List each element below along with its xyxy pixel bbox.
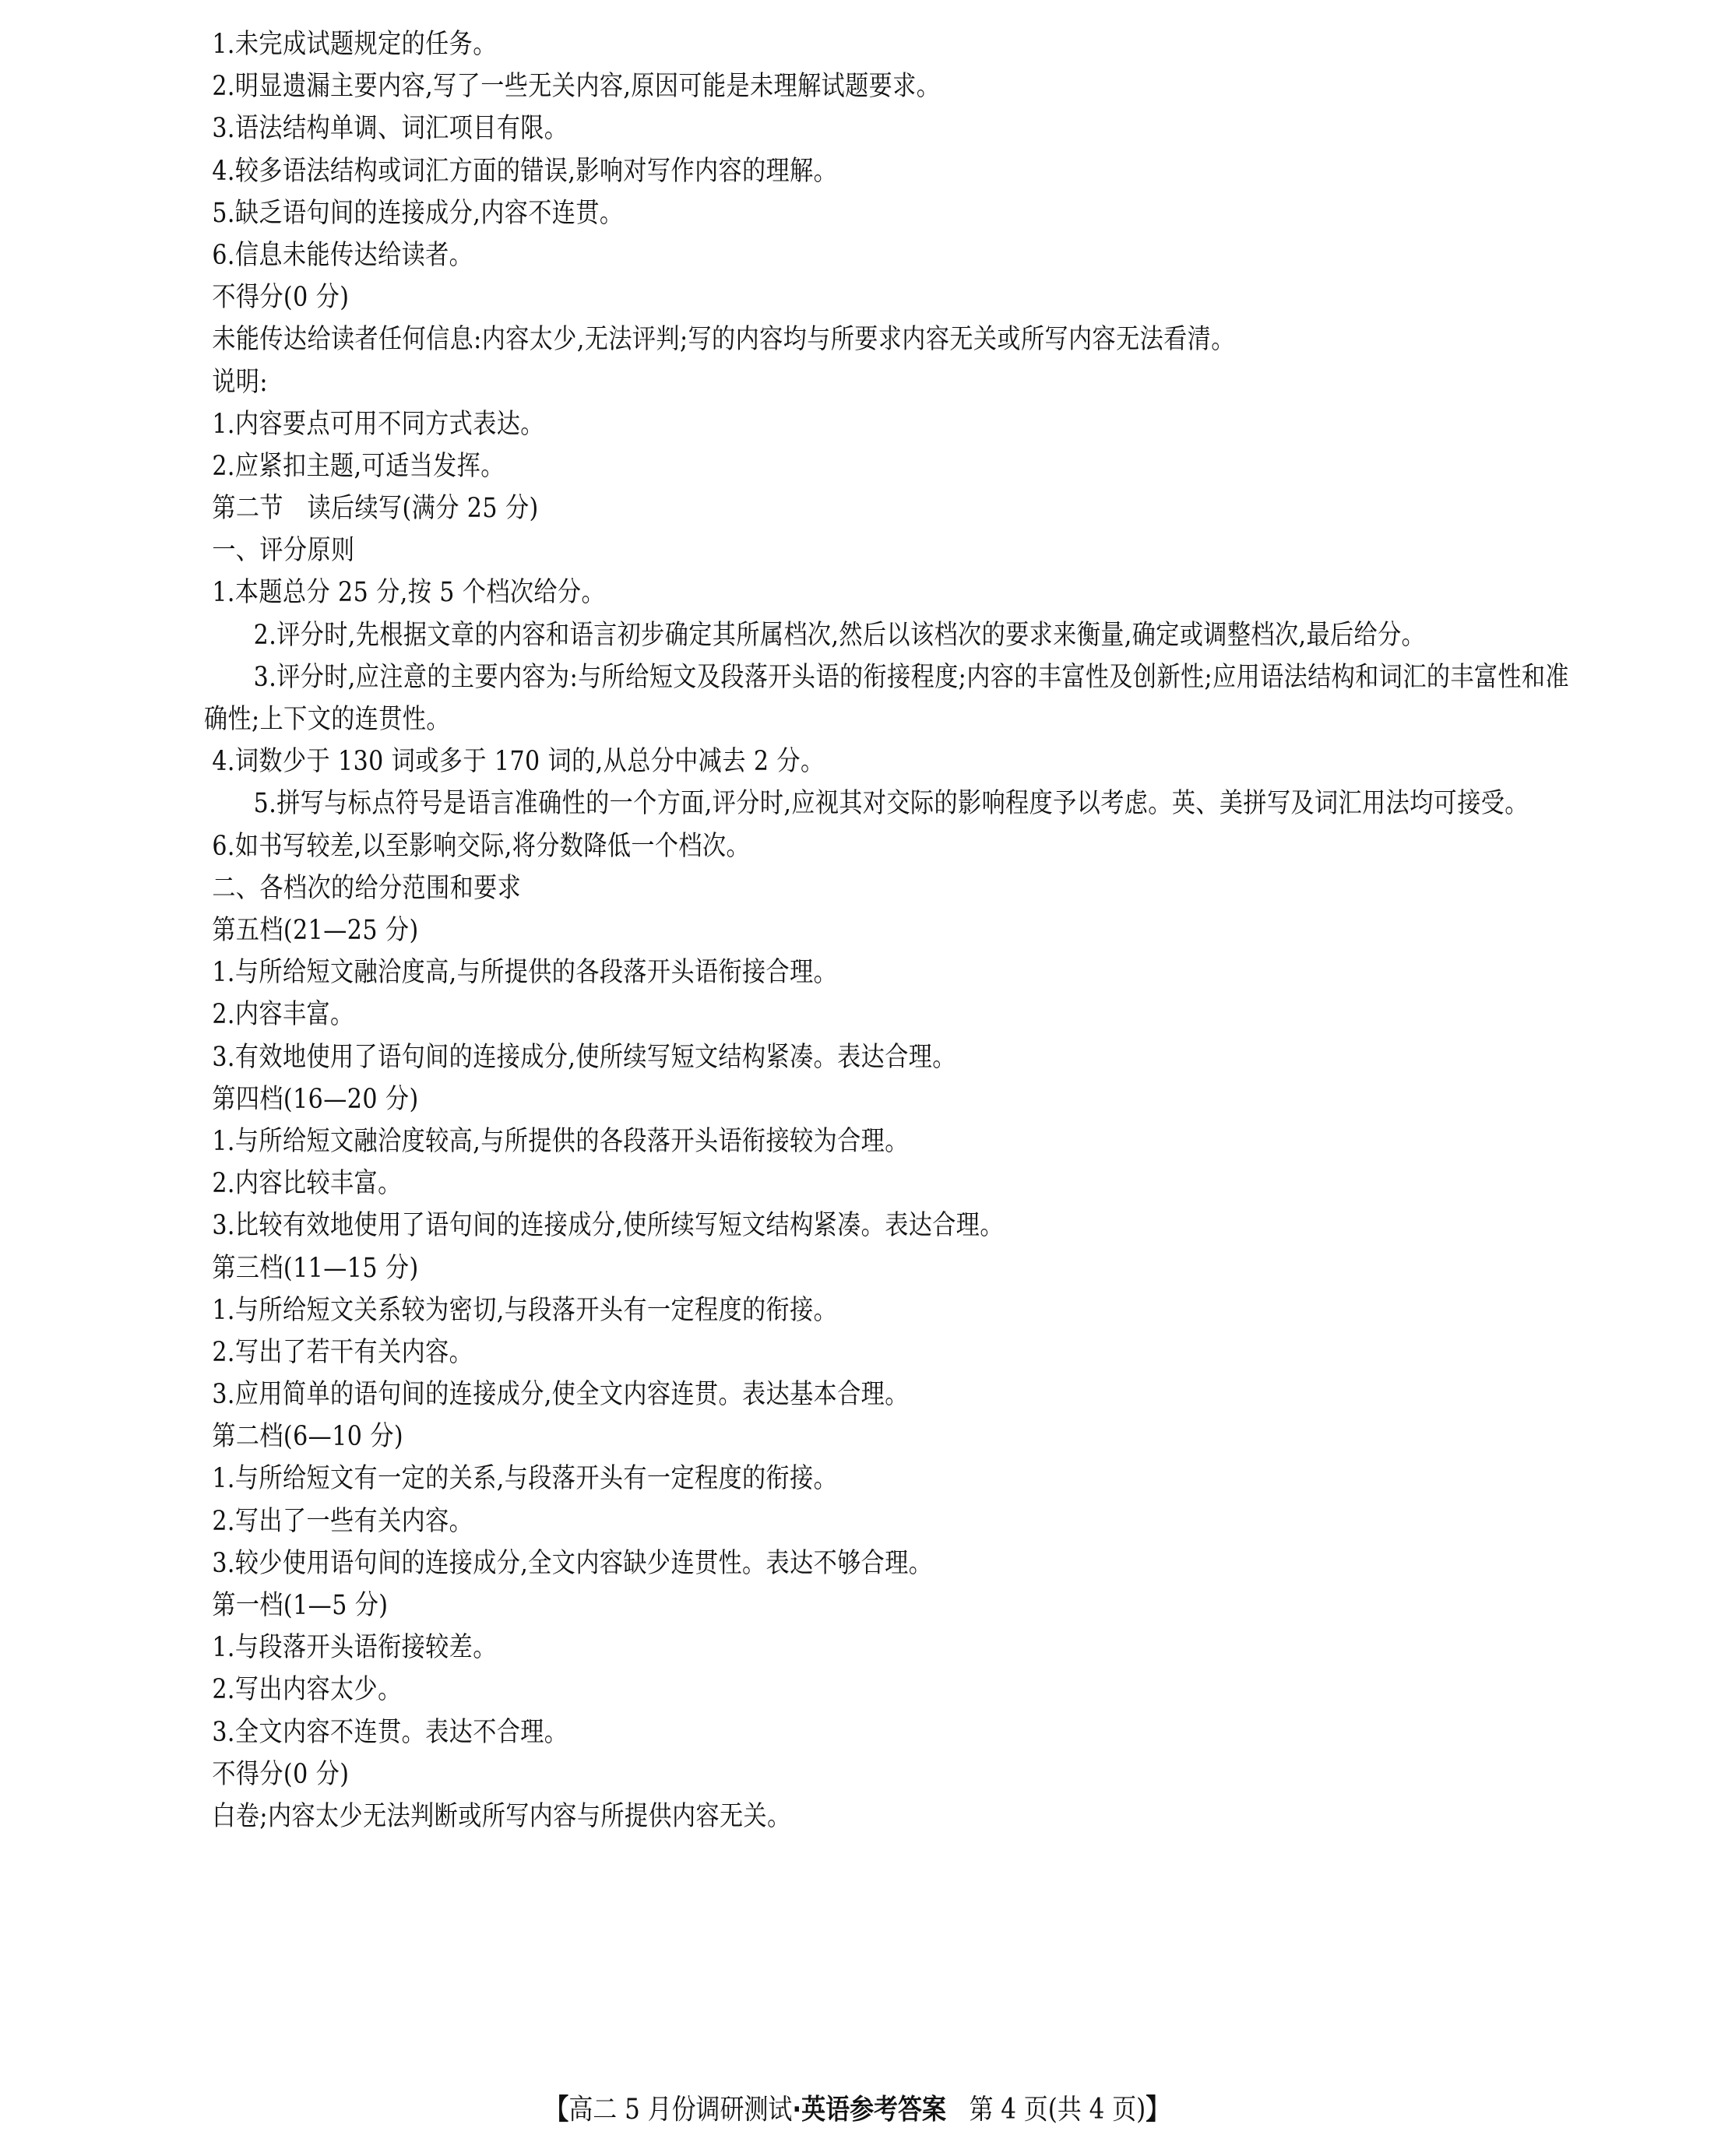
section-heading: 第二节 读后续写(满分 25 分)	[204, 487, 1396, 529]
text-line: 1.本题总分 25 分,按 5 个档次给分。	[204, 572, 1396, 614]
subsection-heading: 二、各档次的给分范围和要求	[204, 867, 1396, 909]
text-line: 2.写出了一些有关内容。	[204, 1500, 1396, 1542]
text-line: 6.如书写较差,以至影响交际,将分数降低一个档次。	[204, 825, 1396, 867]
text-line: 1.与所给短文融洽度较高,与所提供的各段落开头语衔接较为合理。	[204, 1120, 1396, 1162]
footer-separator-dot: ·	[792, 2094, 801, 2126]
footer-close-bracket: 】	[1146, 2094, 1170, 2126]
text-line: 2.明显遗漏主要内容,写了一些无关内容,原因可能是未理解试题要求。	[204, 65, 1396, 107]
grade-heading: 第一档(1—5 分)	[204, 1584, 1396, 1627]
score-heading: 不得分(0 分)	[204, 276, 1396, 318]
text-line: 4.较多语法结构或词汇方面的错误,影响对写作内容的理解。	[204, 150, 1396, 192]
text-line: 2.内容丰富。	[204, 994, 1396, 1036]
text-line: 2.应紧扣主题,可适当发挥。	[204, 445, 1396, 487]
text-line: 1.未完成试题规定的任务。	[204, 23, 1396, 65]
text-line: 1.与所给短文有一定的关系,与段落开头有一定程度的衔接。	[204, 1458, 1396, 1500]
subsection-heading: 一、评分原则	[204, 529, 1396, 572]
text-line: 4.词数少于 130 词或多于 170 词的,从总分中减去 2 分。	[204, 740, 1396, 783]
text-line: 1.与段落开头语衔接较差。	[204, 1627, 1396, 1669]
text-line: 2.写出了若干有关内容。	[204, 1331, 1396, 1373]
footer-open-bracket: 【	[544, 2094, 568, 2126]
text-line: 5.缺乏语句间的连接成分,内容不连贯。	[204, 192, 1396, 234]
grade-heading: 第三档(11—15 分)	[204, 1247, 1396, 1289]
text-line: 3.比较有效地使用了语句间的连接成分,使所续写短文结构紧凑。表达合理。	[204, 1205, 1396, 1247]
text-line: 未能传达给读者任何信息:内容太少,无法评判;写的内容均与所要求内容无关或所写内容…	[204, 318, 1396, 361]
score-heading: 不得分(0 分)	[204, 1753, 1396, 1795]
paragraph-rule-3: 3.评分时,应注意的主要内容为:与所给短文及段落开头语的衔接程度;内容的丰富性及…	[204, 656, 1590, 740]
page-footer: 【高二 5 月份调研测试·英语参考答案 第 4 页(共 4 页)】	[0, 2093, 1714, 2127]
text-line: 3.有效地使用了语句间的连接成分,使所续写短文结构紧凑。表达合理。	[204, 1036, 1396, 1078]
text-line: 2.写出内容太少。	[204, 1669, 1396, 1711]
footer-subject: 英语参考答案	[801, 2094, 946, 2126]
paragraph-rule-5: 5.拼写与标点符号是语言准确性的一个方面,评分时,应视其对交际的影响程度予以考虑…	[204, 783, 1590, 825]
footer-page-number: 第 4 页(共 4 页)	[969, 2094, 1146, 2126]
paragraph-rule-2: 2.评分时,先根据文章的内容和语言初步确定其所属档次,然后以该档次的要求来衡量,…	[204, 614, 1590, 656]
text-line: 3.语法结构单调、词汇项目有限。	[204, 107, 1396, 149]
text-line: 1.与所给短文关系较为密切,与段落开头有一定程度的衔接。	[204, 1289, 1396, 1331]
text-line: 1.与所给短文融洽度高,与所提供的各段落开头语衔接合理。	[204, 951, 1396, 994]
text-line: 白卷;内容太少无法判断或所写内容与所提供内容无关。	[204, 1795, 1396, 1838]
text-line: 2.内容比较丰富。	[204, 1162, 1396, 1205]
text-line: 3.应用简单的语句间的连接成分,使全文内容连贯。表达基本合理。	[204, 1373, 1396, 1416]
text-line: 6.信息未能传达给读者。	[204, 234, 1396, 276]
grade-heading: 第四档(16—20 分)	[204, 1078, 1396, 1120]
document-page: 1.未完成试题规定的任务。 2.明显遗漏主要内容,写了一些无关内容,原因可能是未…	[204, 23, 1590, 1838]
grade-heading: 第五档(21—25 分)	[204, 909, 1396, 951]
text-line: 3.全文内容不连贯。表达不合理。	[204, 1711, 1396, 1753]
footer-exam-name: 高二 5 月份调研测试	[568, 2094, 792, 2126]
note-heading: 说明:	[204, 361, 1396, 403]
grade-heading: 第二档(6—10 分)	[204, 1416, 1396, 1458]
text-line: 1.内容要点可用不同方式表达。	[204, 403, 1396, 445]
text-line: 3.较少使用语句间的连接成分,全文内容缺少连贯性。表达不够合理。	[204, 1542, 1396, 1584]
